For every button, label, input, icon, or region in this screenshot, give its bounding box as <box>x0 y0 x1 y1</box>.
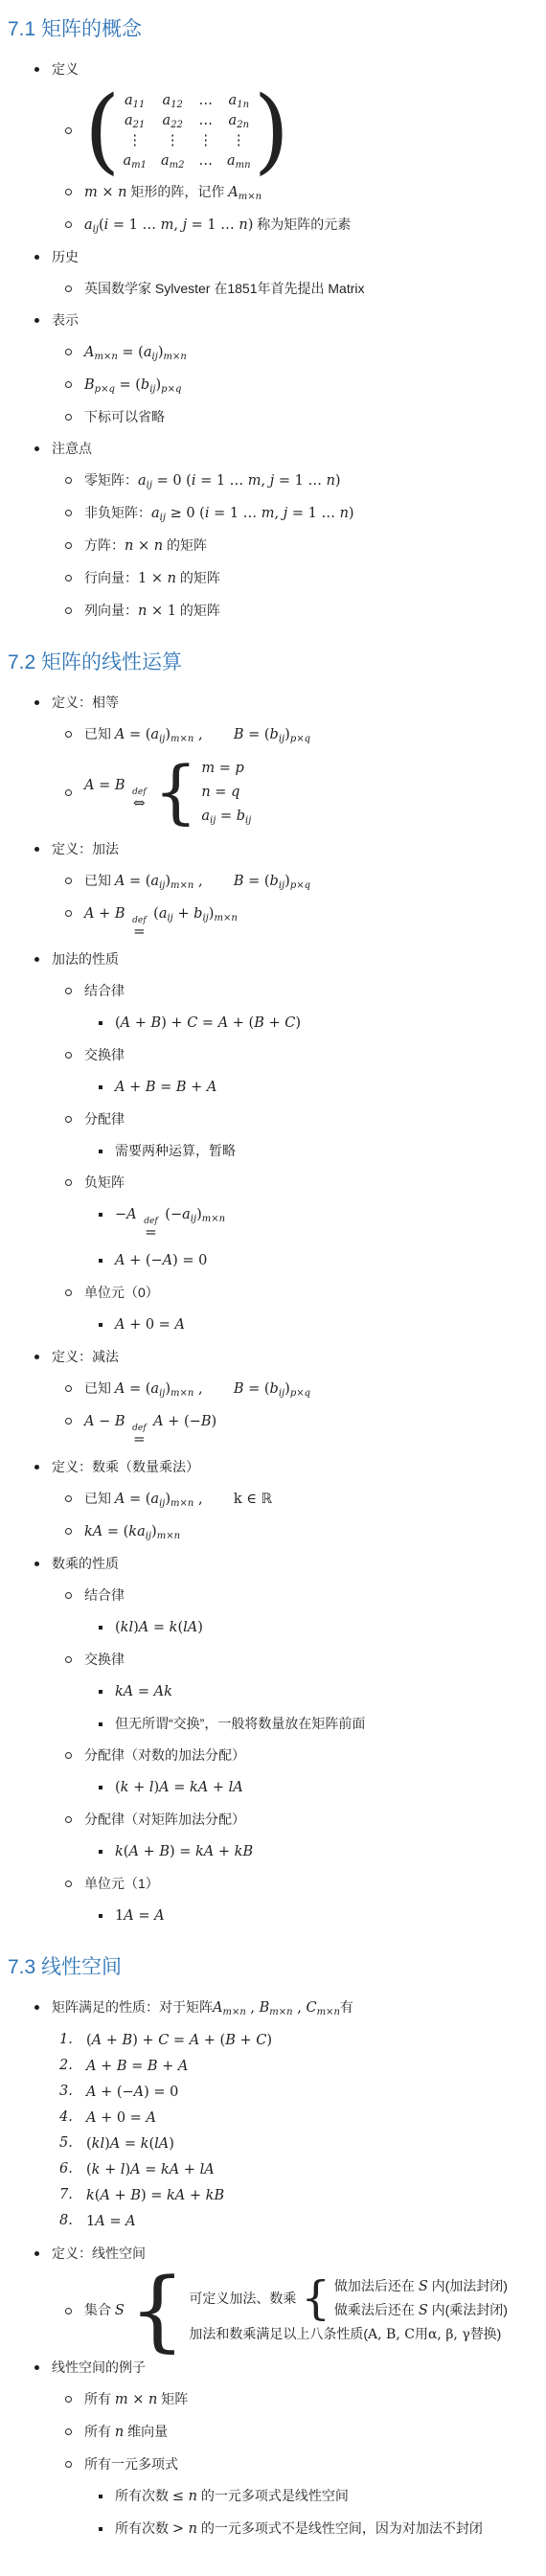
outline-item: 数乘的性质 <box>8 1554 540 1574</box>
item-text: A + B = B + A <box>115 1077 216 1098</box>
item-text: 已知 A = (aij)m×n , B = (bij)p×q <box>84 871 310 892</box>
circle-icon <box>65 542 72 549</box>
item-text: 注意点 <box>52 439 92 459</box>
outline-item: 结合律 <box>8 1585 540 1606</box>
item-text: 所有次数 > n 的一元多项式不是线性空间，因为对加法不封闭 <box>115 2519 483 2540</box>
item-text: 非负矩阵：aij ≥ 0 (i = 1 … m, j = 1 … n) <box>84 503 354 524</box>
square-icon <box>99 1914 102 1918</box>
outline-item: 1A = A <box>8 1905 540 1926</box>
section-heading: 7.1 矩阵的概念 <box>8 13 540 42</box>
circle-icon <box>65 1418 72 1425</box>
outline-item: 集合 S{可定义加法、数乘{做加法后还在 S 内(加法封闭)做乘法后还在 S 内… <box>8 2275 540 2346</box>
outline-item: (A + B) + C = A + (B + C) <box>8 1013 540 1034</box>
item-text: kA = (kaij)m×n <box>84 1521 180 1542</box>
outline-item: kA = Ak <box>8 1681 540 1702</box>
item-text: 行向量：1 × n 的矩阵 <box>84 568 220 589</box>
item-text: 加法的性质 <box>52 949 119 969</box>
item-number: 8. <box>59 2211 80 2231</box>
matrix-cell: am1 <box>123 151 147 171</box>
outline-item: 交换律 <box>8 1650 540 1670</box>
item-text: A + B def= (aij + bij)m×n <box>84 903 238 938</box>
item-number: 7. <box>59 2185 80 2205</box>
matrix-cell: a11 <box>123 91 147 110</box>
matrix-cell: … <box>198 151 213 171</box>
brace-icon: { <box>301 2280 330 2316</box>
numbered-item: 4.A + 0 = A <box>8 2108 540 2129</box>
circle-icon <box>65 2428 72 2435</box>
brace-row: 做乘法后还在 S 内(乘法封闭) <box>334 2299 508 2322</box>
item-text: 数乘的性质 <box>52 1554 119 1574</box>
outline-item: 结合律 <box>8 981 540 1001</box>
item-text: 所有次数 ≤ n 的一元多项式是线性空间 <box>115 2486 349 2507</box>
bullet-icon <box>34 2251 39 2256</box>
matrix-cell: ⋮ <box>227 131 251 150</box>
matrix-cell: am2 <box>161 151 185 171</box>
outline-item: 已知 A = (aij)m×n , B = (bij)p×q <box>8 1379 540 1400</box>
square-icon <box>99 1690 102 1694</box>
circle-icon <box>65 1179 72 1186</box>
circle-icon <box>65 1495 72 1502</box>
item-text: (kl)A = k(lA) <box>115 1617 203 1638</box>
circle-icon <box>65 221 72 228</box>
square-icon <box>99 1850 102 1854</box>
circle-icon <box>65 1881 72 1887</box>
outline-item: 零矩阵：aij = 0 (i = 1 … m, j = 1 … n) <box>8 470 540 491</box>
circle-icon <box>65 910 72 917</box>
circle-icon <box>65 607 72 614</box>
outline-item: m × n 矩形的阵，记作 Am×n <box>8 182 540 203</box>
matrix-cell: ⋮ <box>161 131 185 150</box>
item-text: m × n 矩形的阵，记作 Am×n <box>84 182 262 203</box>
item-text: k(A + B) = kA + kB <box>86 2185 224 2206</box>
item-number: 3. <box>59 2082 80 2102</box>
square-icon <box>99 1259 102 1263</box>
outline-item: 所有一元多项式 <box>8 2454 540 2474</box>
item-text: 集合 S{可定义加法、数乘{做加法后还在 S 内(加法封闭)做乘法后还在 S 内… <box>84 2275 508 2346</box>
brace-rows: 做加法后还在 S 内(加法封闭)做乘法后还在 S 内(乘法封闭) <box>334 2275 508 2322</box>
outline-item: A − B def= A + (−B) <box>8 1411 540 1446</box>
circle-icon <box>65 414 72 421</box>
notes-document: 7.1 矩阵的概念定义(a11a12…a1na21a22…a2n⋮⋮⋮⋮am1a… <box>0 0 546 2576</box>
outline-item: 所有 n 维向量 <box>8 2422 540 2443</box>
brace-expression: 集合 S{可定义加法、数乘{做加法后还在 S 内(加法封闭)做乘法后还在 S 内… <box>84 2275 508 2346</box>
circle-icon <box>65 2308 72 2314</box>
item-text: k(A + B) = kA + kB <box>115 1841 253 1862</box>
item-text: 已知 A = (aij)m×n , B = (bij)p×q <box>84 724 310 745</box>
matrix-cell: ⋮ <box>198 131 213 150</box>
numbered-item: 6.(k + l)A = kA + lA <box>8 2159 540 2180</box>
outline-item: 单位元（1） <box>8 1874 540 1894</box>
circle-icon <box>65 1752 72 1759</box>
item-text: 定义：相等 <box>52 693 119 713</box>
outline-item: 分配律（对数的加法分配） <box>8 1745 540 1766</box>
outline-item: 但无所谓“交换”，一般将数量放在矩阵前面 <box>8 1714 540 1734</box>
matrix-cell: amn <box>227 151 251 171</box>
numbered-item: 7.k(A + B) = kA + kB <box>8 2185 540 2206</box>
circle-icon <box>65 789 72 796</box>
matrix-cell: … <box>198 91 213 110</box>
outline-item: k(A + B) = kA + kB <box>8 1841 540 1862</box>
outline-item: 定义：加法 <box>8 839 540 859</box>
item-text: 列向量：n × 1 的矩阵 <box>84 601 220 622</box>
circle-icon <box>65 1385 72 1392</box>
circle-icon <box>65 477 72 484</box>
matrix-cell: a21 <box>123 111 147 130</box>
brace-row: aij = bij <box>201 805 251 828</box>
square-icon <box>99 1722 102 1726</box>
outline-item: 已知 A = (aij)m×n , B = (bij)p×q <box>8 724 540 745</box>
outline-item: 列向量：n × 1 的矩阵 <box>8 601 540 622</box>
circle-icon <box>65 878 72 884</box>
item-text: 定义：减法 <box>52 1347 119 1367</box>
bullet-icon <box>34 2365 39 2370</box>
circle-icon <box>65 381 72 388</box>
paren-close-icon: ) <box>254 93 289 169</box>
item-text: (a11a12…a1na21a22…a2n⋮⋮⋮⋮am1am2…amn) <box>84 91 289 171</box>
item-text: Bp×q = (bij)p×q <box>84 375 181 396</box>
item-text: 定义 <box>52 59 79 80</box>
outline-item: aij(i = 1 … m, j = 1 … n) 称为矩阵的元素 <box>8 215 540 236</box>
square-icon <box>99 1786 102 1790</box>
bullet-icon <box>34 318 39 323</box>
item-number: 2. <box>59 2056 80 2076</box>
expression-lead: 可定义加法、数乘 <box>189 2288 296 2310</box>
item-text: A + 0 = A <box>86 2108 156 2129</box>
item-text: 下标可以省略 <box>84 407 165 427</box>
brace-icon: { <box>129 2275 186 2346</box>
outline-item: 单位元（0） <box>8 1283 540 1303</box>
item-text: 表示 <box>52 310 79 331</box>
circle-icon <box>65 2461 72 2468</box>
item-text: (A + B) + C = A + (B + C) <box>86 2030 272 2051</box>
outline-item: 线性空间的例子 <box>8 2358 540 2378</box>
item-text: 需要两种运算，暂略 <box>115 1141 236 1161</box>
circle-icon <box>65 189 72 195</box>
item-text: 1A = A <box>86 2211 136 2232</box>
item-text: (A + B) + C = A + (B + C) <box>115 1013 301 1034</box>
item-text: 交换律 <box>84 1650 125 1670</box>
outline-item: 注意点 <box>8 439 540 459</box>
outline-item: 交换律 <box>8 1045 540 1065</box>
item-text: 单位元（1） <box>84 1874 159 1894</box>
item-text: 单位元（0） <box>84 1283 159 1303</box>
square-icon <box>99 1021 102 1025</box>
outline-item: 行向量：1 × n 的矩阵 <box>8 568 540 589</box>
section: 7.1 矩阵的概念定义(a11a12…a1na21a22…a2n⋮⋮⋮⋮am1a… <box>8 13 540 622</box>
numbered-item: 3.A + (−A) = 0 <box>8 2082 540 2103</box>
outline-item: 需要两种运算，暂略 <box>8 1141 540 1161</box>
matrix-expression: (a11a12…a1na21a22…a2n⋮⋮⋮⋮am1am2…amn) <box>84 91 289 171</box>
item-text: 已知 A = (aij)m×n , B = (bij)p×q <box>84 1379 310 1400</box>
item-text: 已知 A = (aij)m×n , k ∈ ℝ <box>84 1489 272 1510</box>
matrix-cell: … <box>198 111 213 130</box>
matrix-grid: a11a12…a1na21a22…a2n⋮⋮⋮⋮am1am2…amn <box>123 91 250 171</box>
brace-rows: m = pn = qaij = bij <box>201 757 251 828</box>
circle-icon <box>65 575 72 581</box>
item-text: A + (−A) = 0 <box>86 2082 178 2103</box>
outline-item: 历史 <box>8 247 540 267</box>
brace-rows: 可定义加法、数乘{做加法后还在 S 内(加法封闭)做乘法后还在 S 内(乘法封闭… <box>189 2275 508 2346</box>
bullet-icon <box>34 847 39 852</box>
section-heading: 7.3 线性空间 <box>8 1951 540 1980</box>
item-text: 所有 n 维向量 <box>84 2422 168 2443</box>
circle-icon <box>65 1592 72 1599</box>
matrix-cell: ⋮ <box>123 131 147 150</box>
circle-icon <box>65 1116 72 1123</box>
outline-item: A = B def⇔{m = pn = qaij = bij <box>8 757 540 828</box>
outline-item: −A def= (−aij)m×n <box>8 1204 540 1239</box>
item-text: −A def= (−aij)m×n <box>115 1204 225 1239</box>
item-text: 定义：加法 <box>52 839 119 859</box>
numbered-item: 8.1A = A <box>8 2211 540 2232</box>
item-text: 线性空间的例子 <box>52 2358 146 2378</box>
item-text: 英国数学家 Sylvester 在1851年首先提出 Matrix <box>84 279 365 299</box>
bullet-icon <box>34 1562 39 1566</box>
item-text: 结合律 <box>84 1585 125 1606</box>
item-text: (k + l)A = kA + lA <box>86 2159 215 2180</box>
outline-item: 非负矩阵：aij ≥ 0 (i = 1 … m, j = 1 … n) <box>8 503 540 524</box>
outline-item: A + B = B + A <box>8 1077 540 1098</box>
item-text: A + (−A) = 0 <box>115 1250 207 1271</box>
item-text: 结合律 <box>84 981 125 1001</box>
outline-item: 方阵：n × n 的矩阵 <box>8 536 540 557</box>
item-number: 1. <box>59 2030 80 2050</box>
outline-item: 下标可以省略 <box>8 407 540 427</box>
expression-lead: A = B def⇔ <box>84 775 149 809</box>
item-text: 分配律（对矩阵加法分配） <box>84 1810 245 1830</box>
square-icon <box>99 1150 102 1153</box>
circle-icon <box>65 1289 72 1296</box>
outline-item: (k + l)A = kA + lA <box>8 1777 540 1798</box>
bullet-icon <box>34 1355 39 1359</box>
item-text: 交换律 <box>84 1045 125 1065</box>
circle-icon <box>65 1816 72 1823</box>
outline-item: 负矩阵 <box>8 1173 540 1193</box>
item-text: 所有 m × n 矩阵 <box>84 2389 188 2410</box>
outline-item: 定义：减法 <box>8 1347 540 1367</box>
item-text: A = B def⇔{m = pn = qaij = bij <box>84 757 251 828</box>
item-text: 历史 <box>52 247 79 267</box>
item-number: 4. <box>59 2108 80 2128</box>
circle-icon <box>65 127 72 134</box>
outline-item: kA = (kaij)m×n <box>8 1521 540 1542</box>
brace-row: 做加法后还在 S 内(加法封闭) <box>334 2275 508 2298</box>
circle-icon <box>65 731 72 738</box>
outline-item: 定义：线性空间 <box>8 2244 540 2264</box>
item-text: aij(i = 1 … m, j = 1 … n) 称为矩阵的元素 <box>84 215 351 236</box>
matrix-cell: a1n <box>227 91 251 110</box>
bullet-icon <box>34 2005 39 2010</box>
item-text: 所有一元多项式 <box>84 2454 178 2474</box>
square-icon <box>99 1626 102 1630</box>
outline-item: 已知 A = (aij)m×n , k ∈ ℝ <box>8 1489 540 1510</box>
circle-icon <box>65 510 72 516</box>
brace-expression: A = B def⇔{m = pn = qaij = bij <box>84 757 251 828</box>
item-text: 分配律 <box>84 1109 125 1129</box>
outline-item: Am×n = (aij)m×n <box>8 342 540 363</box>
bullet-icon <box>34 67 39 72</box>
circle-icon <box>65 1052 72 1059</box>
item-text: 1A = A <box>115 1905 165 1926</box>
square-icon <box>99 1085 102 1089</box>
brace-row: 可定义加法、数乘{做加法后还在 S 内(加法封闭)做乘法后还在 S 内(乘法封闭… <box>189 2275 508 2322</box>
outline-item: A + B def= (aij + bij)m×n <box>8 903 540 938</box>
item-text: A + 0 = A <box>115 1314 185 1335</box>
section: 7.3 线性空间矩阵满足的性质：对于矩阵Am×n , Bm×n , Cm×n有1… <box>8 1951 540 2540</box>
expression-lead: 集合 S <box>84 2300 125 2321</box>
item-text: kA = Ak <box>115 1681 172 1702</box>
item-number: 5. <box>59 2133 80 2154</box>
circle-icon <box>65 2396 72 2403</box>
numbered-item: 2.A + B = B + A <box>8 2056 540 2077</box>
square-icon <box>99 2495 102 2498</box>
brace-icon: { <box>154 764 198 820</box>
circle-icon <box>65 285 72 292</box>
matrix-cell: a12 <box>161 91 185 110</box>
outline-item: (a11a12…a1na21a22…a2n⋮⋮⋮⋮am1am2…amn) <box>8 91 540 171</box>
section-heading: 7.2 矩阵的线性运算 <box>8 647 540 675</box>
brace-row: 加法和数乘满足以上八条性质(A, B, C用α, β, γ替换) <box>189 2323 508 2346</box>
square-icon <box>99 2527 102 2531</box>
numbered-item: 1.(A + B) + C = A + (B + C) <box>8 2030 540 2051</box>
bullet-icon <box>34 957 39 962</box>
bullet-icon <box>34 700 39 705</box>
item-text: (kl)A = k(lA) <box>86 2133 174 2154</box>
circle-icon <box>65 1528 72 1535</box>
circle-icon <box>65 988 72 994</box>
square-icon <box>99 1323 102 1327</box>
numbered-item: 5.(kl)A = k(lA) <box>8 2133 540 2154</box>
outline-item: 分配律 <box>8 1109 540 1129</box>
item-text: Am×n = (aij)m×n <box>84 342 187 363</box>
item-text: 矩阵满足的性质：对于矩阵Am×n , Bm×n , Cm×n有 <box>52 1997 353 2018</box>
outline-item: 所有 m × n 矩阵 <box>8 2389 540 2410</box>
brace-row: m = p <box>201 757 251 780</box>
outline-item: 英国数学家 Sylvester 在1851年首先提出 Matrix <box>8 279 540 299</box>
outline-item: A + (−A) = 0 <box>8 1250 540 1271</box>
outline-item: A + 0 = A <box>8 1314 540 1335</box>
outline-item: 定义：数乘（数量乘法） <box>8 1457 540 1477</box>
circle-icon <box>65 349 72 355</box>
outline-item: 加法的性质 <box>8 949 540 969</box>
square-icon <box>99 1213 102 1217</box>
item-text: A − B def= A + (−B) <box>84 1411 216 1446</box>
outline-item: 已知 A = (aij)m×n , B = (bij)p×q <box>8 871 540 892</box>
bullet-icon <box>34 1465 39 1470</box>
item-text: 方阵：n × n 的矩阵 <box>84 536 207 557</box>
paren-open-icon: ( <box>84 93 120 169</box>
bullet-icon <box>34 255 39 260</box>
outline-item: 表示 <box>8 310 540 331</box>
item-text: 但无所谓“交换”，一般将数量放在矩阵前面 <box>115 1714 365 1734</box>
matrix-cell: a2n <box>227 111 251 130</box>
item-text: 零矩阵：aij = 0 (i = 1 … m, j = 1 … n) <box>84 470 341 491</box>
item-text: (k + l)A = kA + lA <box>115 1777 243 1798</box>
item-text: 分配律（对数的加法分配） <box>84 1745 245 1766</box>
bullet-icon <box>34 446 39 451</box>
brace-expression: 可定义加法、数乘{做加法后还在 S 内(加法封闭)做乘法后还在 S 内(乘法封闭… <box>189 2275 508 2322</box>
item-text: 负矩阵 <box>84 1173 125 1193</box>
item-text: A + B = B + A <box>86 2056 188 2077</box>
outline-item: 矩阵满足的性质：对于矩阵Am×n , Bm×n , Cm×n有 <box>8 1997 540 2018</box>
circle-icon <box>65 1656 72 1663</box>
outline-item: Bp×q = (bij)p×q <box>8 375 540 396</box>
item-number: 6. <box>59 2159 80 2179</box>
item-text: 定义：数乘（数量乘法） <box>52 1457 199 1477</box>
outline-item: 所有次数 > n 的一元多项式不是线性空间，因为对加法不封闭 <box>8 2519 540 2540</box>
outline-item: 定义：相等 <box>8 693 540 713</box>
outline-item: (kl)A = k(lA) <box>8 1617 540 1638</box>
outline-item: 分配律（对矩阵加法分配） <box>8 1810 540 1830</box>
matrix-cell: a22 <box>161 111 185 130</box>
outline-item: 所有次数 ≤ n 的一元多项式是线性空间 <box>8 2486 540 2507</box>
brace-row: n = q <box>201 781 251 804</box>
section: 7.2 矩阵的线性运算定义：相等已知 A = (aij)m×n , B = (b… <box>8 647 540 1926</box>
